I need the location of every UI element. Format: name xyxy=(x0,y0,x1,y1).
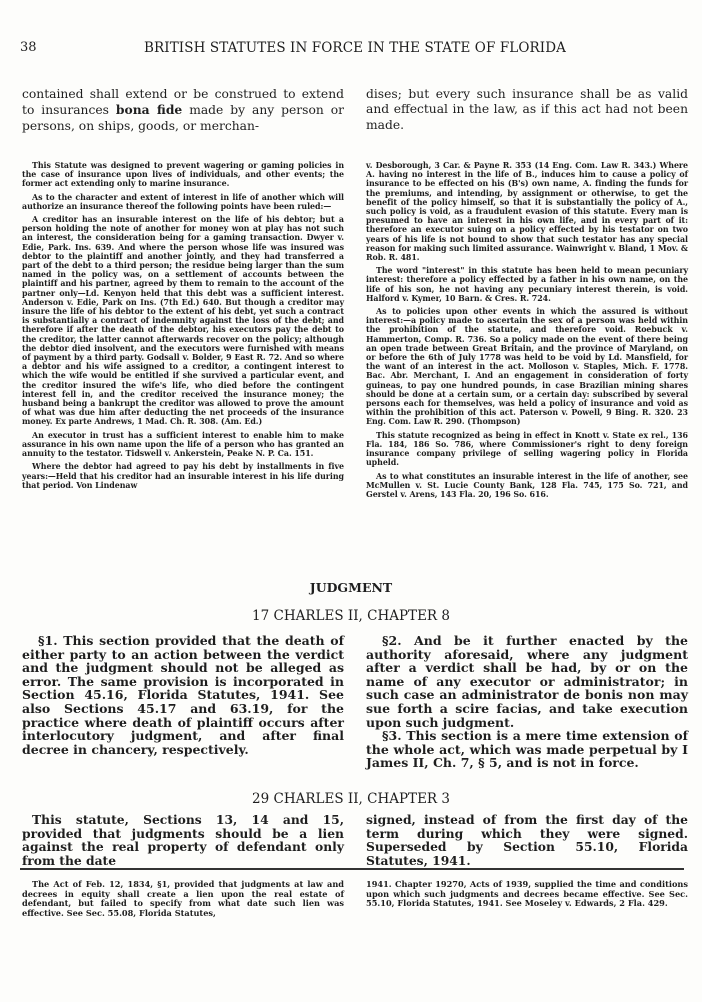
statute-left-column: contained shall extend or be construed t… xyxy=(22,87,344,134)
chapter3-paragraph: signed, instead of from the first day of… xyxy=(366,813,688,867)
chapter-heading: 17 CHARLES II, CHAPTER 8 xyxy=(0,608,702,624)
chapter8-right-column: §2. And be it further enacted by the aut… xyxy=(366,634,688,770)
section-heading-judgment: JUDGMENT xyxy=(0,580,702,595)
chapter8-left-column: §1. This section provided that the death… xyxy=(22,634,344,770)
annotation-paragraph: As to the character and extent of intere… xyxy=(22,193,344,211)
annotation-paragraph: An executor in trust has a sufficient in… xyxy=(22,431,344,459)
annotation-paragraph: The word "interest" in this statute has … xyxy=(366,266,688,303)
chapter-heading: 29 CHARLES II, CHAPTER 3 xyxy=(0,791,702,807)
section-3: §3. This section is a mere time extensio… xyxy=(366,729,688,770)
chapter3-text: This statute, Sections 13, 14 and 15, pr… xyxy=(22,813,688,867)
annotation-paragraph: A creditor has an insurable interest on … xyxy=(22,215,344,427)
chapter8-sections: §1. This section provided that the death… xyxy=(22,634,688,770)
annotation-paragraph: v. Desborough, 3 Car. & Payne R. 353 (14… xyxy=(366,161,688,262)
chapter3-paragraph: This statute, Sections 13, 14 and 15, pr… xyxy=(22,813,344,867)
annotation-paragraph: As to what constitutes an insurable inte… xyxy=(366,472,688,500)
footnote-paragraph: 1941. Chapter 19270, Acts of 1939, suppl… xyxy=(366,880,688,909)
section-2: §2. And be it further enacted by the aut… xyxy=(366,634,688,729)
footnote-right-column: 1941. Chapter 19270, Acts of 1939, suppl… xyxy=(366,880,688,918)
annotations-right-column: v. Desborough, 3 Car. & Payne R. 353 (14… xyxy=(366,161,688,503)
annotations-left-column: This Statute was designed to prevent wag… xyxy=(22,161,344,503)
statute-continuation: contained shall extend or be construed t… xyxy=(22,87,688,134)
page-header: 38 BRITISH STATUTES IN FORCE IN THE STAT… xyxy=(20,40,690,62)
annotation-paragraph: Where the debtor had agreed to pay his d… xyxy=(22,462,344,490)
annotation-paragraph: This statute recognized as being in effe… xyxy=(366,431,688,468)
statute-right-column: dises; but every such insurance shall be… xyxy=(366,87,688,134)
chapter3-left-column: This statute, Sections 13, 14 and 15, pr… xyxy=(22,813,344,867)
footnote-left-column: The Act of Feb. 12, 1834, §1, provided t… xyxy=(22,880,344,918)
annotation-paragraph: As to policies upon other events in whic… xyxy=(366,307,688,427)
divider-rule xyxy=(20,868,684,870)
footnote: The Act of Feb. 12, 1834, §1, provided t… xyxy=(22,880,688,918)
annotation-paragraph: This Statute was designed to prevent wag… xyxy=(22,161,344,189)
footnote-paragraph: The Act of Feb. 12, 1834, §1, provided t… xyxy=(22,880,344,918)
annotations: This Statute was designed to prevent wag… xyxy=(22,161,688,503)
latin-term: bona fide xyxy=(116,102,182,117)
running-title: BRITISH STATUTES IN FORCE IN THE STATE O… xyxy=(20,40,690,56)
chapter3-right-column: signed, instead of from the first day of… xyxy=(366,813,688,867)
section-1: §1. This section provided that the death… xyxy=(22,634,344,756)
